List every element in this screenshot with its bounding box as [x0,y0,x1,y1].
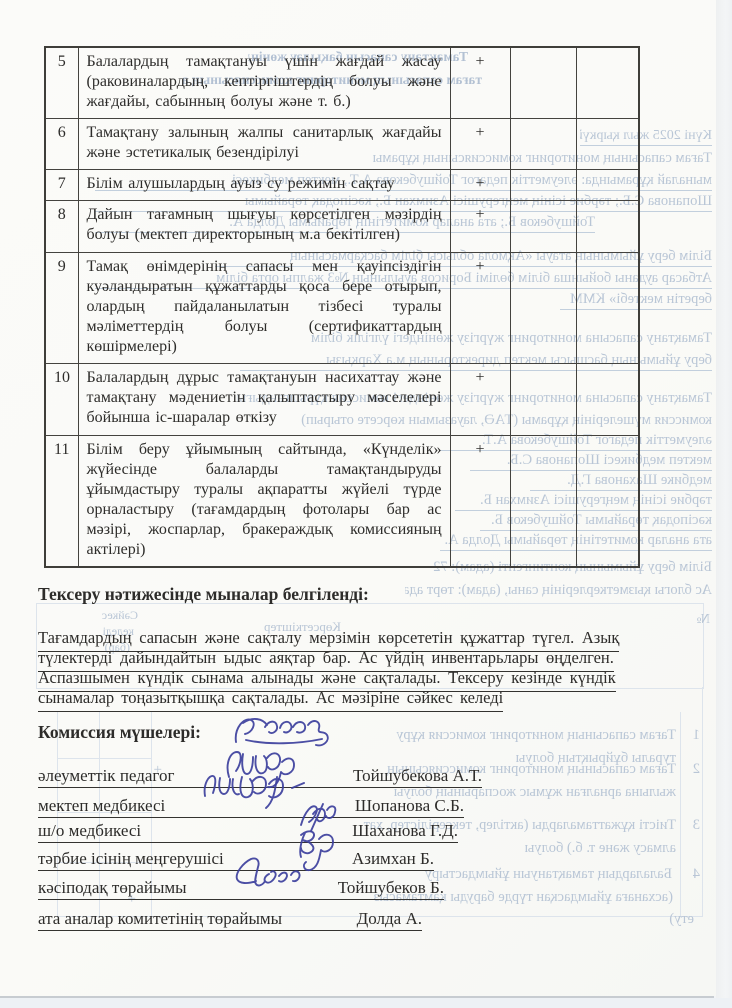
empty-cell [510,47,576,119]
results-heading: Тексеру нәтижесінде мыналар белгіленді: [38,584,732,605]
mark-cell: + [450,47,510,119]
indicator-cell: Дайын тағамның шығуы көрсетілген мәзірді… [78,201,450,253]
signature-ink [228,854,308,890]
row-number-cell: 11 [45,436,78,568]
member-name: Тойшубеков Б. [338,878,444,899]
empty-cell [576,170,639,201]
row-number-cell: 7 [45,170,78,201]
table-row: 8Дайын тағамның шығуы көрсетілген мәзірд… [45,201,639,253]
member-role: тәрбие ісінің меңгерушісі [38,849,224,870]
empty-cell [510,364,576,436]
empty-cell [576,364,639,436]
commission-heading: Комиссия мүшелері: [38,722,732,743]
row-number-cell: 9 [45,253,78,364]
table-row: 6Тамақтану залының жалпы санитарлық жағд… [45,119,639,170]
table-row: 11Білім беру ұйымының сайтында, «Күнделі… [45,436,639,568]
monitoring-table: 5Балалардың тамақтануы үшін жағдай жасау… [44,46,640,568]
empty-cell [576,253,639,364]
table-row: 10Балалардың дұрыс тамақтануын насихатта… [45,364,639,436]
member-name: Тойшубекова А.Т. [353,766,482,787]
indicator-cell: Балалардың дұрыс тамақтануын насихаттау … [78,364,450,436]
empty-cell [510,253,576,364]
scan-right-edge [716,0,732,1008]
table-row: 7Білім алушылардың ауыз су режимін сақта… [45,170,639,201]
mark-cell: + [450,364,510,436]
empty-cell [576,201,639,253]
bleedthrough-text: 2 [684,761,700,778]
row-number-cell: 5 [45,47,78,119]
monitoring-table-body: 5Балалардың тамақтануы үшін жағдай жасау… [45,47,639,567]
member-role: ата аналар комитетінің төрайымы [38,909,282,930]
bleedthrough-text: 3 [684,817,700,834]
row-number-cell: 6 [45,119,78,170]
bleedthrough-table-line [57,758,151,759]
row-number-cell: 8 [45,201,78,253]
table-row: 5Балалардың тамақтануы үшін жағдай жасау… [45,47,639,119]
empty-cell [510,170,576,201]
member-role: мектеп медбикесі [38,796,165,817]
indicator-cell: Балалардың тамақтануы үшін жағдай жасау … [78,47,450,119]
empty-cell [576,47,639,119]
empty-cell [510,119,576,170]
empty-cell [576,436,639,568]
member-name: Азимхан Б. [352,849,434,870]
bleedthrough-text: Сәйкес [76,609,138,623]
mark-cell: + [450,170,510,201]
empty-cell [576,119,639,170]
bleedthrough-text: 4 [684,866,700,883]
mark-cell: + [450,119,510,170]
mark-cell: + [450,436,510,568]
signature-ink [194,766,306,810]
indicator-cell: Білім беру ұйымының сайтында, «Күнделік»… [78,436,450,568]
indicator-cell: Тамақ өнімдерінің сапасы мен қауіпсіздіг… [78,253,450,364]
member-name: Долда А. [357,909,422,930]
member-role: кәсіподақ төрайымы [38,878,187,899]
bleedthrough-text: ету) [652,911,694,928]
empty-cell [510,201,576,253]
indicator-cell: Тамақтану залының жалпы санитарлық жағда… [78,119,450,170]
scanner-background [0,998,732,1008]
member-role: ш/о медбикесі [38,821,141,842]
table-row: 9Тамақ өнімдерінің сапасы мен қауіпсізді… [45,253,639,364]
results-line: сынамалар тоңазытқышқа сақталады. Ас мәз… [38,688,503,712]
scanned-document-page: { "document": { "kind": "scanned inspect… [0,0,732,1008]
member-name: Шопанова С.Б. [355,796,464,817]
commission-member: ата аналар комитетінің төрайымыДолда А. [38,907,422,931]
bleedthrough-text: № [688,612,710,628]
bleedthrough-text: алмасу және т. б.) болуы [512,840,676,857]
indicator-cell: Білім алушылардың ауыз су режимін сақтау [78,170,450,201]
commission-member: ш/о медбикесіШаханова Г.Д. [38,819,458,843]
member-name: Шаханова Г.Д. [352,821,458,842]
mark-cell: + [450,201,510,253]
mark-cell: + [450,253,510,364]
empty-cell [510,436,576,568]
row-number-cell: 10 [45,364,78,436]
member-role: әлеуметтік педагог [38,766,174,787]
